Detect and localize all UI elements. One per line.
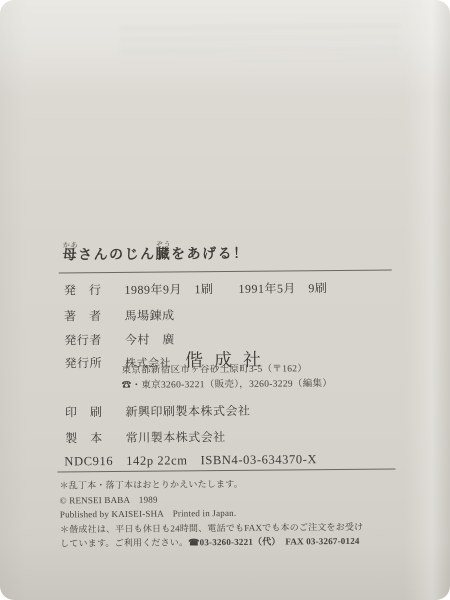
catalog-divider-line [57,469,395,473]
title-end-text: をあげる！ [171,247,249,263]
colophon-row-edition: 発 行 1989年9月 1刷 1991年5月 9刷 [64,279,328,298]
binder-value: 常川製本株式会社 [126,430,226,445]
book-colophon-photo: 母かあさんのじん臓ぞうをあげる！ 発 行 1989年9月 1刷 1991年5月 … [0,0,450,600]
note-order-line2: しています。ご利用ください。☎03-3260-3221（代） FAX 03-32… [60,534,363,551]
printer-label: 印 刷 [65,403,114,420]
note-order-phone: ☎03-3260-3221（代） FAX 03-3267-0124 [188,536,359,547]
colophon-row-binder: 製 本 常川製本株式会社 [65,428,226,446]
note-order-line2-prefix: しています。ご利用ください。 [60,538,188,549]
title-divider-line [59,270,392,274]
book-title: 母かあさんのじん臓ぞうをあげる！ [62,240,248,265]
edition-label: 発 行 [64,281,113,298]
title-ruby-zou: 臓ぞう [156,247,172,262]
author-value: 馬場錬成 [125,308,175,322]
colophon-row-author: 著 者 馬場錬成 [64,306,175,324]
title-ruby-kaa: 母かあ [63,248,79,263]
publisher-address: 東京都新宿区市ヶ谷砂土原町3-5（〒162） [122,360,308,376]
printer-value: 新興印刷製本株式会社 [125,404,250,419]
colophon-row-printer: 印 刷 新興印刷製本株式会社 [65,402,251,421]
colophon-notes: ＊乱丁本・落丁本はおとりかえいたします。 © RENSEI BABA 1989 … [60,476,364,552]
edition-value: 1989年9月 1刷 1991年5月 9刷 [124,281,327,297]
publisher-phone: ☎・東京3260-3221（販売），3260-3229（編集） [122,375,333,391]
title-kanji-haha: 母 [63,248,79,263]
publisher-label: 発行所 [64,354,113,371]
author-label: 著 者 [64,307,113,324]
catalog-isbn-line: NDC916 142p 22cm ISBN4-03-634370-X [64,449,317,469]
book-page-paper: 母かあさんのじん臓ぞうをあげる！ 発 行 1989年9月 1刷 1991年5月 … [0,0,450,600]
colophon-content: 母かあさんのじん臓ぞうをあげる！ 発 行 1989年9月 1刷 1991年5月 … [0,0,450,600]
publisher-person-label: 発行者 [64,331,113,348]
title-kanji-zou: 臓 [156,247,172,262]
publisher-person-value: 今村 廣 [125,332,175,346]
title-furigana-zou: ぞう [155,240,171,248]
title-middle-text: さんのじん [78,248,156,264]
title-furigana-kaa: かあ [62,241,78,249]
binder-label: 製 本 [65,429,114,446]
